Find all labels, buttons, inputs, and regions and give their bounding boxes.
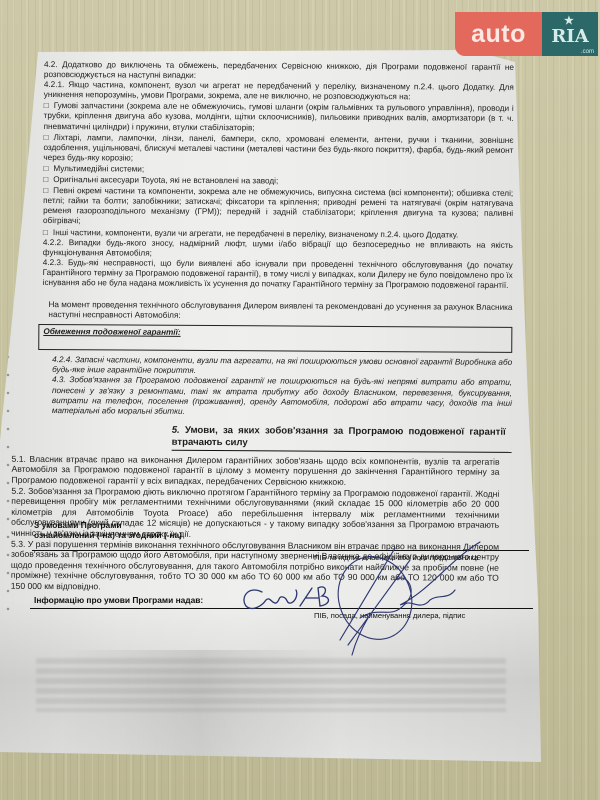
bleed-through-text: [36, 658, 506, 712]
exclusion-item: □Гумові запчастини (зокрема але не обмеж…: [44, 101, 514, 134]
warranty-limitations-title: Обмеження подовженої гарантії:: [43, 327, 180, 338]
checkbox-icon: □: [43, 133, 53, 143]
dealer-signature-caption: ПІБ, посада, найменування дилера, підпис: [314, 611, 465, 620]
document-sheet: 4.2. Додатково до виключень та обмежень,…: [0, 0, 600, 800]
checkbox-icon: □: [43, 227, 53, 237]
agreement-label-line2: ознайомлений (-на) та згодний (-на): [34, 530, 504, 540]
clause-4-2-3: 4.2.3. Будь-які несправності, що були ви…: [43, 258, 513, 291]
clause-4-2-4: 4.2.4. Запасні частини, компоненти, вузл…: [42, 355, 512, 378]
dealer-findings-note: На момент проведення технічного обслугов…: [42, 300, 512, 323]
owner-signature-line: [32, 550, 529, 551]
informed-by-label: Інформацію про умови Програми надав:: [34, 595, 203, 605]
clause-4-2-1: 4.2.1. Якщо частина, компонент, вузол чи…: [44, 80, 514, 103]
watermark-ria: ★ RIA .com: [542, 12, 598, 56]
watermark-auto: auto: [455, 12, 542, 56]
checkbox-icon: □: [43, 164, 53, 174]
owner-signature-caption: ПІБ та підпис власника або його представ…: [314, 553, 478, 562]
checkbox-icon: □: [43, 175, 53, 185]
clause-5-1: 5.1. Власник втрачає право на виконання …: [11, 454, 499, 489]
agreement-label-line1: З умовами Програми: [34, 520, 504, 530]
dealer-signature-line: [30, 608, 533, 609]
signature-block: З умовами Програми ознайомлений (-на) та…: [34, 520, 504, 540]
warranty-limitations-box: Обмеження подовженої гарантії:: [38, 324, 512, 353]
clause-4-2-2: 4.2.2. Випадки будь-якого зносу, надмірн…: [43, 238, 513, 261]
clause-4-3: 4.3. Зобов'язання за Програмою подовжено…: [42, 375, 512, 418]
clause-4-2: 4.2. Додатково до виключень та обмежень,…: [44, 60, 514, 83]
clause-5-3: 5.3. У разі порушення термінів виконання…: [11, 538, 499, 594]
checkbox-icon: □: [44, 101, 54, 111]
star-icon: ★: [564, 14, 574, 27]
document-body: 4.2. Додатково до виключень та обмежень,…: [41, 60, 514, 594]
section-5-heading: 5. Умови, за яких зобов'язання за Програ…: [172, 425, 512, 453]
exclusion-item: □Певні окремі частини та компоненти, зок…: [43, 186, 513, 229]
autoria-watermark: auto ★ RIA .com: [455, 12, 598, 56]
checkbox-icon: □: [43, 186, 53, 196]
exclusion-item: □Ліхтарі, лампи, лампочки, лінзи, панелі…: [43, 133, 513, 166]
